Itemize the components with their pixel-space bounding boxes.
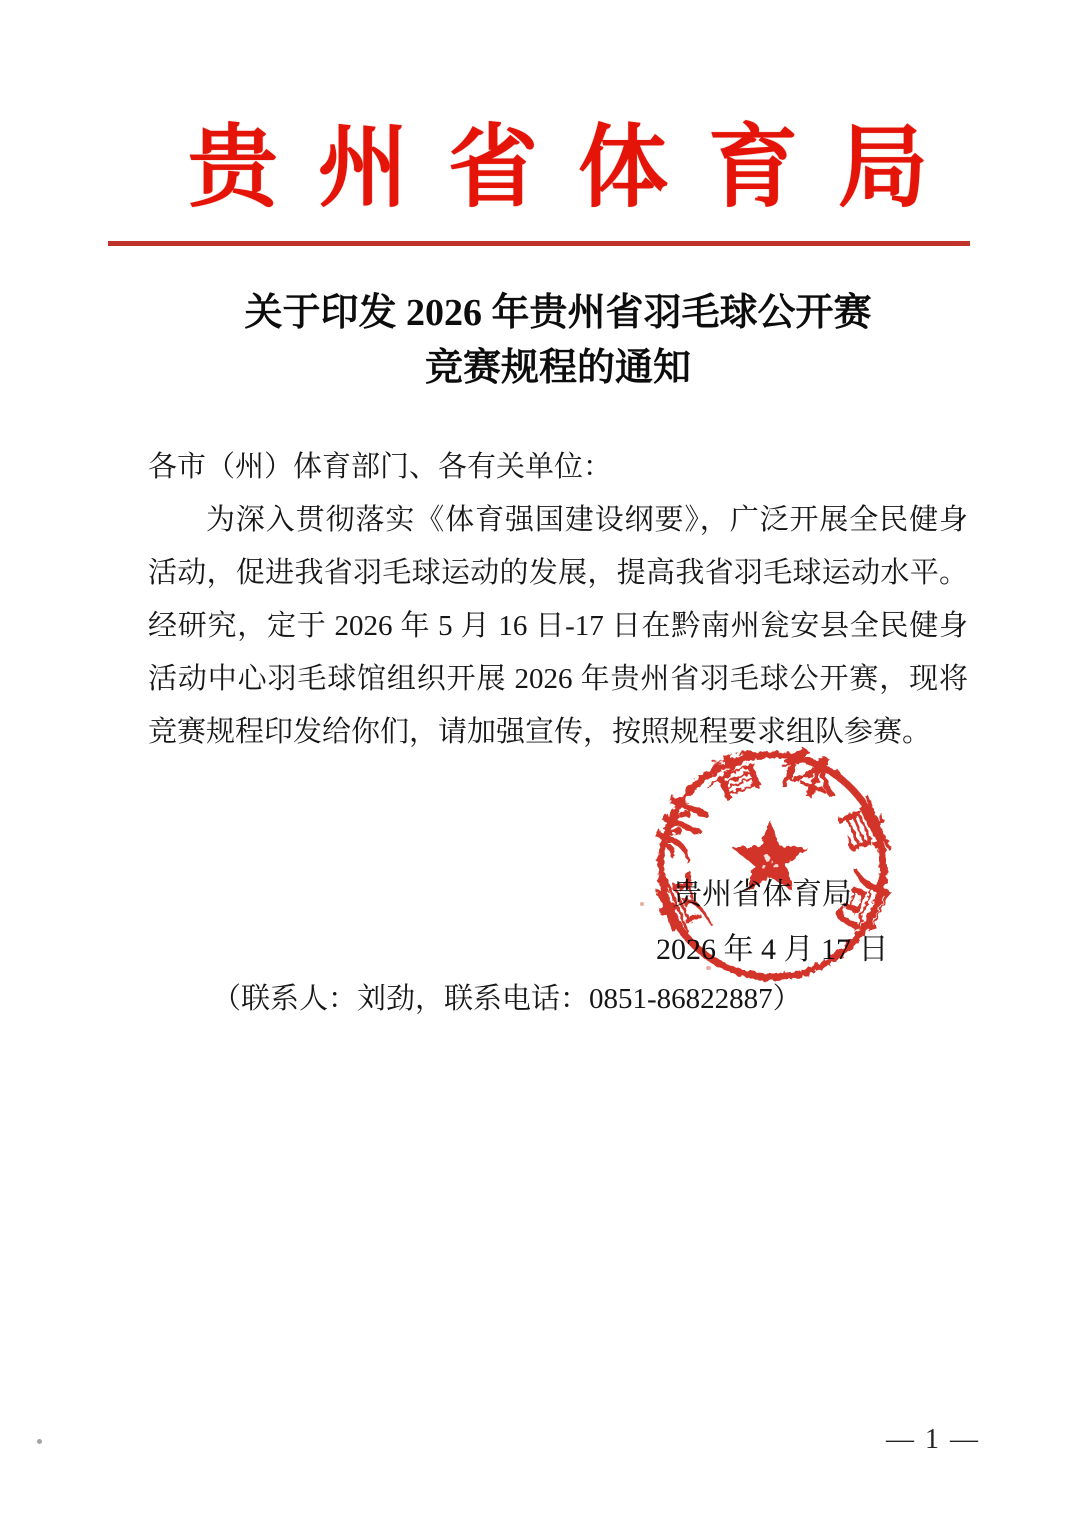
title-line-2: 竞赛规程的通知: [244, 341, 871, 396]
scan-artifact-speck: [37, 1439, 42, 1444]
page-number: — 1 —: [886, 1424, 980, 1456]
svg-text:贵州省体育局: 贵州省体育局: [652, 746, 892, 943]
document-page: 贵州省体育局 关于印发 2026 年贵州省羽毛球公开赛 竞赛规程的通知 各市（州…: [0, 0, 1080, 1532]
letterhead-org-name: 贵州省体育局: [148, 124, 968, 214]
letterhead-rule: [108, 241, 970, 246]
title-line-1: 关于印发 2026 年贵州省羽毛球公开赛: [244, 286, 871, 341]
seal-text: 贵州省体育局: [652, 746, 892, 943]
signature-date: 2026 年 4 月 17 日: [656, 924, 889, 968]
seal-ink-speck: [640, 902, 644, 906]
salutation: 各市（州）体育部门、各有关单位：: [148, 441, 968, 494]
contact-line: （联系人：刘劲，联系电话：0851-86822887）: [212, 976, 802, 1017]
document-title: 关于印发 2026 年贵州省羽毛球公开赛 竞赛规程的通知: [244, 286, 871, 396]
document-body: 各市（州）体育部门、各有关单位： 为深入贯彻落实《体育强国建设纲要》，广泛开展全…: [148, 441, 968, 759]
signature-org: 贵州省体育局: [672, 869, 852, 913]
body-paragraph: 为深入贯彻落实《体育强国建设纲要》，广泛开展全民健身活动，促进我省羽毛球运动的发…: [148, 494, 968, 759]
